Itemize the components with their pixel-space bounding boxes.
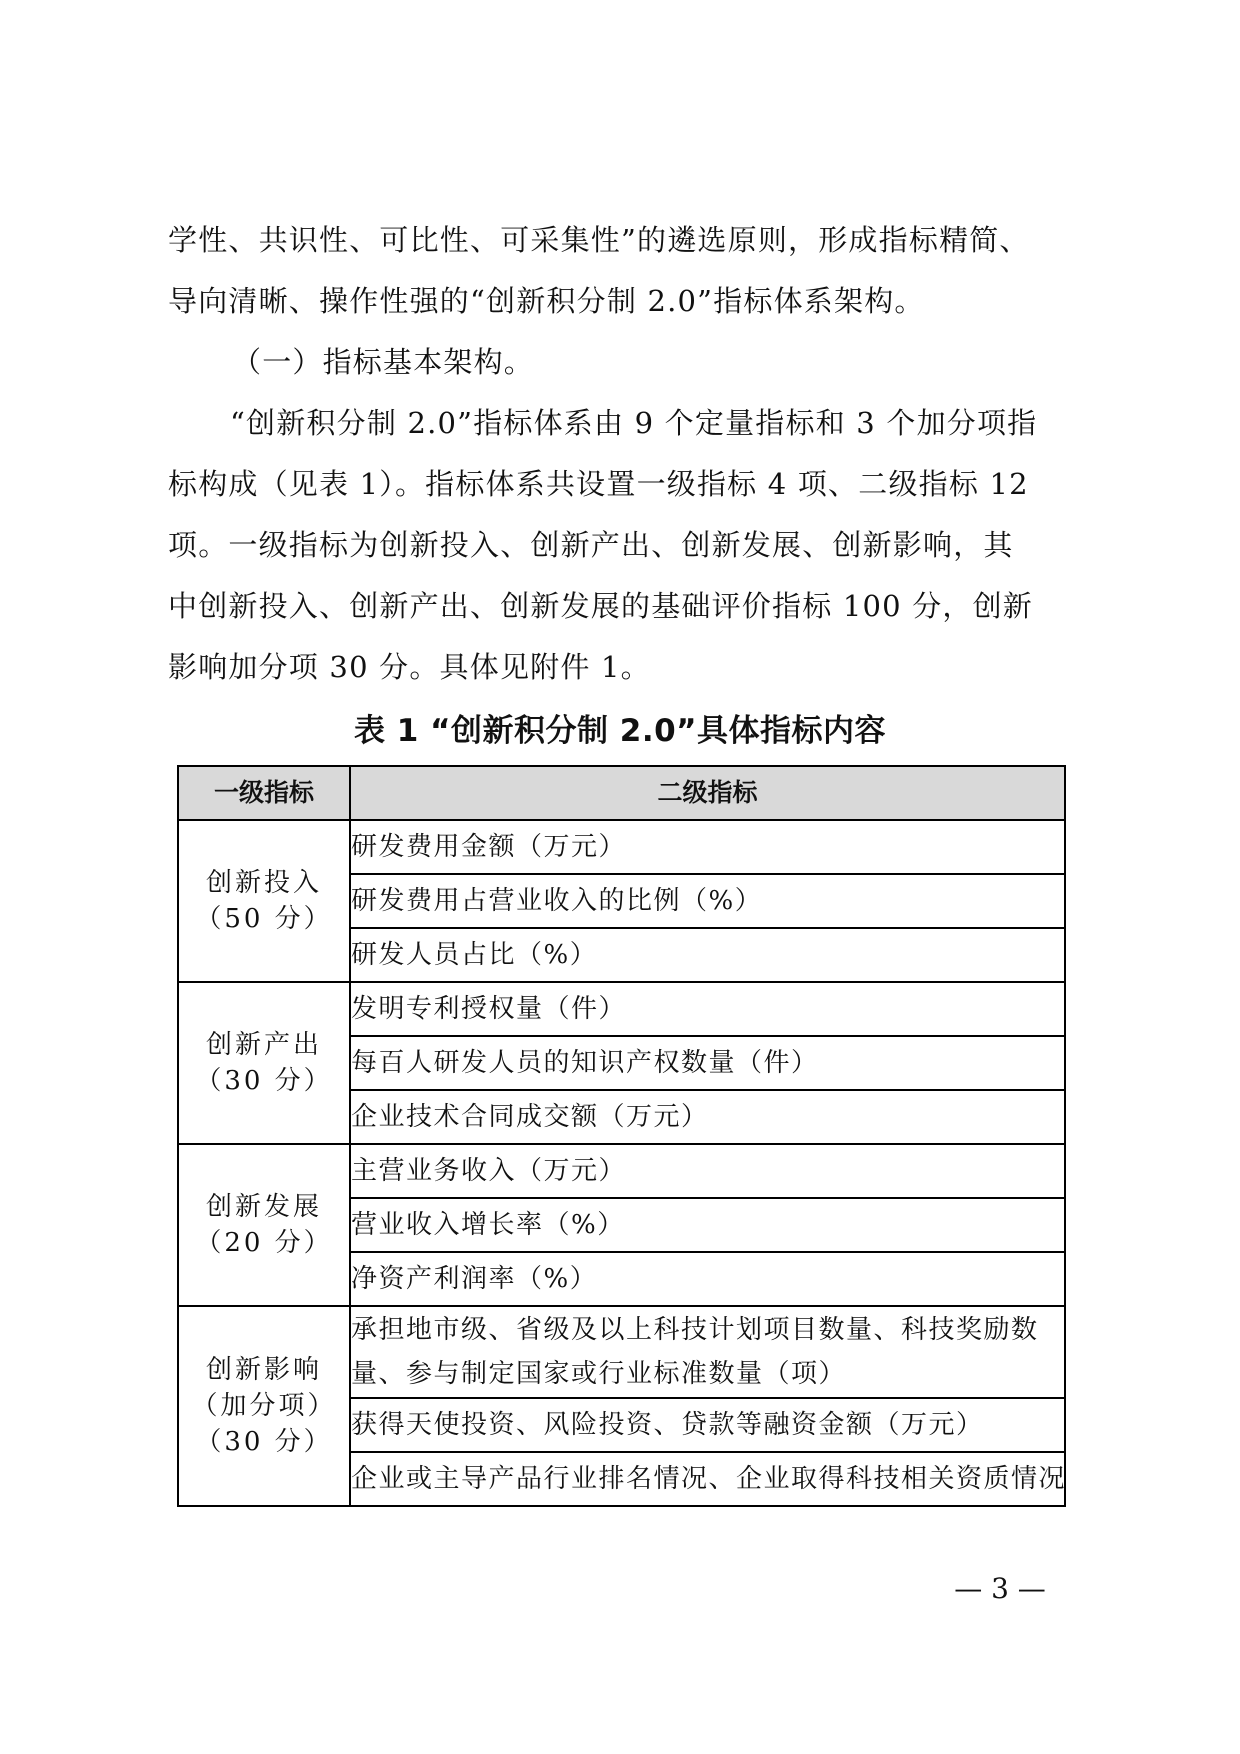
level2-cell: 营业收入增长率（%） [350,1198,1065,1252]
level2-cell: 研发费用金额（万元） [350,820,1065,874]
section-heading: （一）指标基本架构。 [232,344,1144,380]
table-title: 表 1 “创新积分制 2.0”具体指标内容 [0,712,1240,750]
paragraph-line: 导向清晰、操作性强的“创新积分制 2.0”指标体系架构。 [168,283,1080,319]
level1-score: （20 分） [179,1225,349,1261]
indicator-table: 一级指标 二级指标 创新投入 （50 分） 研发费用金额（万元） 研发费用占营业… [177,765,1066,1507]
level2-cell: 企业技术合同成交额（万元） [350,1090,1065,1144]
table-row: 创新影响 （加分项） （30 分） 承担地市级、省级及以上科技计划项目数量、科技… [178,1306,1065,1398]
body-line: 影响加分项 30 分。具体见附件 1。 [168,649,1080,685]
level1-name: 创新影响 [179,1352,349,1388]
body-line: 项。一级指标为创新投入、创新产出、创新发展、创新影响，其 [168,527,1080,563]
level1-score: （30 分） [179,1063,349,1099]
body-line: 标构成（见表 1）。指标体系共设置一级指标 4 项、二级指标 12 [168,466,1080,502]
body-line: “创新积分制 2.0”指标体系由 9 个定量指标和 3 个加分项指 [230,405,1142,441]
table-row: 创新投入 （50 分） 研发费用金额（万元） [178,820,1065,874]
level1-cell: 创新影响 （加分项） （30 分） [178,1306,350,1506]
level1-cell: 创新产出 （30 分） [178,982,350,1144]
level2-cell: 净资产利润率（%） [350,1252,1065,1306]
table-row: 创新产出 （30 分） 发明专利授权量（件） [178,982,1065,1036]
page-number: — 3 — [940,1572,1060,1606]
level1-cell: 创新投入 （50 分） [178,820,350,982]
level1-note: （加分项） [179,1388,349,1424]
level2-cell: 发明专利授权量（件） [350,982,1065,1036]
level1-cell: 创新发展 （20 分） [178,1144,350,1306]
table-row: 创新发展 （20 分） 主营业务收入（万元） [178,1144,1065,1198]
level2-cell: 企业或主导产品行业排名情况、企业取得科技相关资质情况 [350,1452,1065,1506]
level1-name: 创新发展 [179,1189,349,1225]
body-line: 中创新投入、创新产出、创新发展的基础评价指标 100 分，创新 [168,588,1080,624]
header-level1: 一级指标 [178,766,350,820]
level1-score: （50 分） [179,901,349,937]
level1-name: 创新投入 [179,865,349,901]
level2-cell: 获得天使投资、风险投资、贷款等融资金额（万元） [350,1398,1065,1452]
paragraph-line: 学性、共识性、可比性、可采集性”的遴选原则，形成指标精简、 [168,222,1080,258]
level1-name: 创新产出 [179,1027,349,1063]
level2-cell: 承担地市级、省级及以上科技计划项目数量、科技奖励数量、参与制定国家或行业标准数量… [350,1306,1065,1398]
level2-cell: 主营业务收入（万元） [350,1144,1065,1198]
level2-cell: 研发费用占营业收入的比例（%） [350,874,1065,928]
table-header-row: 一级指标 二级指标 [178,766,1065,820]
level2-cell: 每百人研发人员的知识产权数量（件） [350,1036,1065,1090]
header-level2: 二级指标 [350,766,1065,820]
level2-cell: 研发人员占比（%） [350,928,1065,982]
level1-score: （30 分） [179,1424,349,1460]
